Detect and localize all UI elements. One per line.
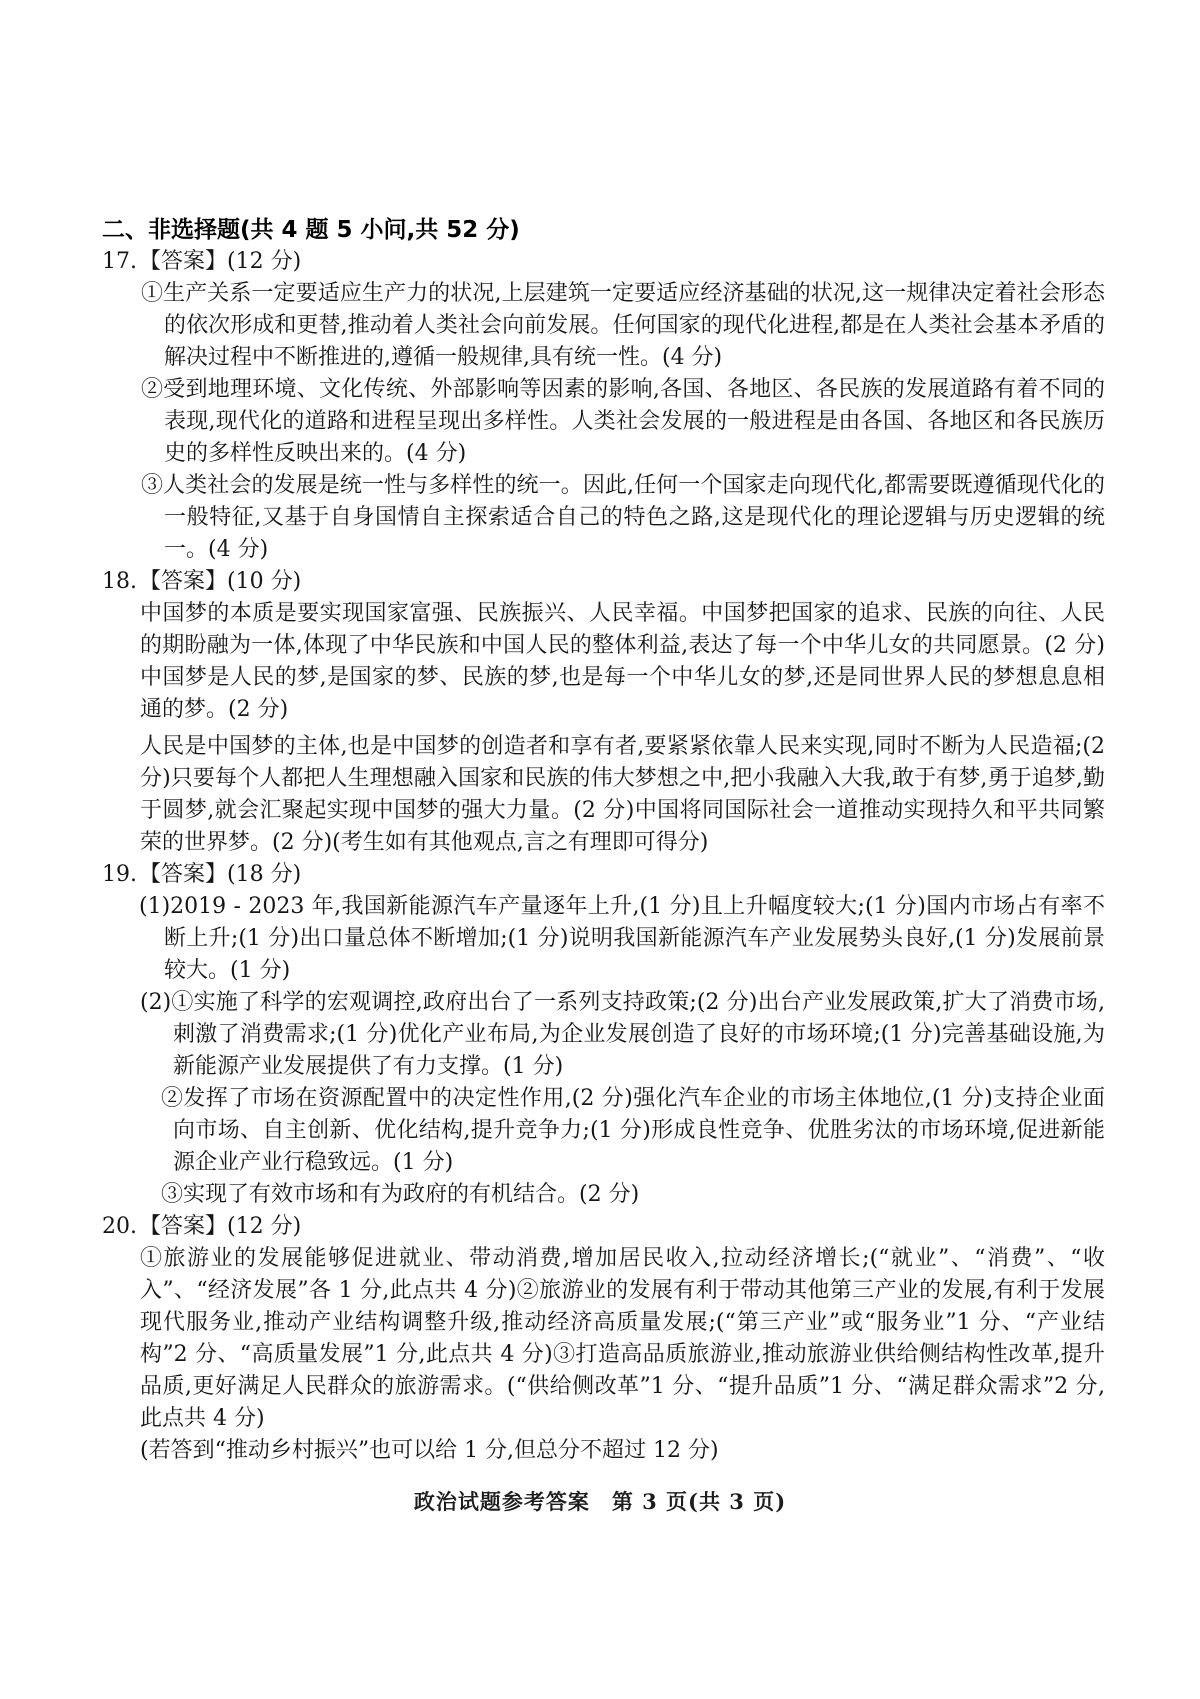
question-20-grading-note: (若答到“推动乡村振兴”也可以给 1 分,但总分不超过 12 分) <box>140 1435 1105 1467</box>
question-19-part-2-point-3: ③实现了有效市场和有为政府的有机结合。(2 分) <box>173 1179 1105 1211</box>
question-20-number: 20. <box>102 1214 137 1239</box>
page-footer: 政治试题参考答案 第 3 页(共 3 页) <box>0 1486 1200 1516</box>
question-20-answer-label: 【答案】(12 分) <box>139 1214 301 1239</box>
question-18-paragraph-2: 人民是中国梦的主体,也是中国梦的创造者和享有者,要紧紧依靠人民来实现,同时不断为… <box>140 731 1105 859</box>
question-18-header: 18.【答案】(10 分) <box>102 566 1105 598</box>
question-19-header: 19.【答案】(18 分) <box>102 859 1105 891</box>
question-20-header: 20.【答案】(12 分) <box>102 1211 1105 1243</box>
question-18: 18.【答案】(10 分) 中国梦的本质是要实现国家富强、民族振兴、人民幸福。中… <box>100 566 1105 859</box>
question-17-point-2: ②受到地理环境、文化传统、外部影响等因素的影响,各国、各地区、各民族的发展道路有… <box>164 374 1105 470</box>
answer-sheet-content: 二、非选择题(共 4 题 5 小问,共 52 分) 17.【答案】(12 分) … <box>100 214 1105 1467</box>
scanned-answer-page: { "document": { "section_header": "二、非选择… <box>0 0 1200 1699</box>
question-17-point-3: ③人类社会的发展是统一性与多样性的统一。因此,任何一个国家走向现代化,都需要既遵… <box>164 470 1105 566</box>
question-18-answer-label: 【答案】(10 分) <box>139 569 301 594</box>
question-19-part-1: (1)2019 - 2023 年,我国新能源汽车产量逐年上升,(1 分)且上升幅… <box>164 891 1105 987</box>
section-header: 二、非选择题(共 4 题 5 小问,共 52 分) <box>102 214 1105 246</box>
question-20: 20.【答案】(12 分) ①旅游业的发展能够促进就业、带动消费,增加居民收入,… <box>100 1211 1105 1467</box>
question-17-number: 17. <box>102 249 137 274</box>
question-19-number: 19. <box>102 862 137 887</box>
question-19-part-2-point-2: ②发挥了市场在资源配置中的决定性作用,(2 分)强化汽车企业的市场主体地位,(1… <box>173 1083 1105 1179</box>
question-17-header: 17.【答案】(12 分) <box>102 246 1105 278</box>
question-17: 17.【答案】(12 分) ①生产关系一定要适应生产力的状况,上层建筑一定要适应… <box>100 246 1105 566</box>
question-20-paragraph: ①旅游业的发展能够促进就业、带动消费,增加居民收入,拉动经济增长;(“就业”、“… <box>140 1243 1105 1435</box>
question-17-point-1: ①生产关系一定要适应生产力的状况,上层建筑一定要适应经济基础的状况,这一规律决定… <box>164 278 1105 374</box>
question-19: 19.【答案】(18 分) (1)2019 - 2023 年,我国新能源汽车产量… <box>100 859 1105 1211</box>
question-18-number: 18. <box>102 569 137 594</box>
question-19-answer-label: 【答案】(18 分) <box>139 862 301 887</box>
question-18-paragraph-1: 中国梦的本质是要实现国家富强、民族振兴、人民幸福。中国梦把国家的追求、民族的向往… <box>140 598 1105 726</box>
question-17-answer-label: 【答案】(12 分) <box>139 249 301 274</box>
question-19-part-2-point-1: (2)①实施了科学的宏观调控,政府出台了一系列支持政策;(2 分)出台产业发展政… <box>173 987 1105 1083</box>
